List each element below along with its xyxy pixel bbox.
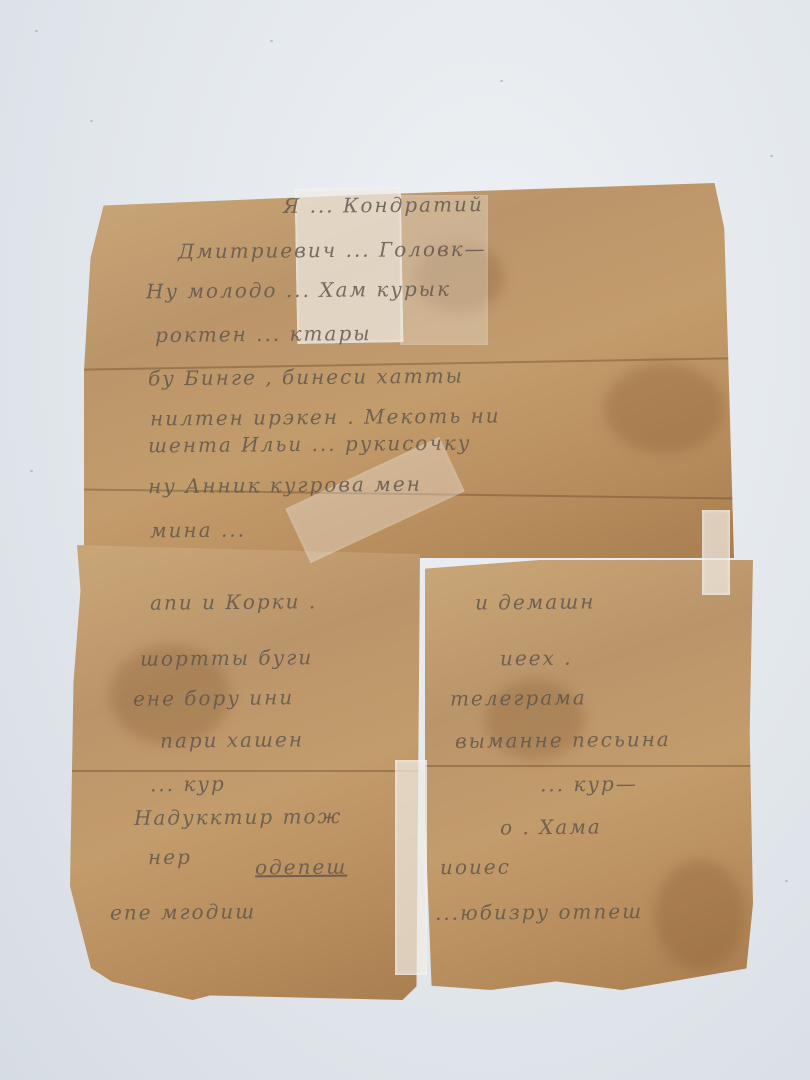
wall-speck	[785, 880, 788, 882]
handwritten-line: епе мгодиш	[110, 899, 256, 924]
handwritten-line: ...юбизру отпеш	[435, 899, 643, 925]
tape-strip	[702, 510, 730, 595]
handwritten-line: выманне песьина	[455, 727, 671, 753]
handwritten-line: ... кур	[150, 772, 226, 797]
wall-speck	[30, 470, 33, 472]
handwritten-line: мина ...	[150, 518, 246, 543]
handwritten-line: бу Бинге , бинеси хатты	[148, 364, 464, 391]
tape-strip	[400, 195, 488, 345]
handwritten-line: шортты буги	[140, 645, 313, 671]
handwritten-line: телеграма	[450, 685, 587, 710]
handwritten-line: иоиес	[440, 855, 511, 880]
handwritten-line: Ну молодо ... Хам курык	[146, 277, 451, 304]
handwritten-line: апи и Корки .	[150, 589, 317, 614]
handwritten-line: одепеш	[255, 855, 347, 880]
handwritten-line: ... кур—	[540, 772, 638, 797]
tape-strip	[395, 760, 427, 975]
handwritten-line: роктен ... ктары	[155, 321, 372, 347]
stain	[604, 363, 724, 453]
wall-speck	[270, 40, 273, 42]
fold-line	[70, 770, 420, 772]
stain	[655, 860, 745, 970]
wall-speck	[500, 80, 503, 82]
handwritten-line: ене бору ини	[133, 685, 294, 710]
handwritten-line: о . Хама	[500, 815, 602, 840]
handwritten-line: и демашн	[475, 589, 596, 614]
wall-speck	[35, 30, 38, 32]
wall-speck	[770, 155, 773, 157]
handwritten-line: ну Анник кугрова мен	[148, 472, 422, 498]
wall-speck	[90, 120, 93, 122]
handwritten-line: пари хашен	[160, 727, 304, 752]
handwritten-line: Надукктир тож	[134, 804, 342, 830]
handwritten-line: Я ... Кондратий	[283, 192, 484, 218]
handwritten-line: Дмитриевич ... Головк—	[178, 237, 487, 264]
handwritten-line: иеех .	[500, 646, 573, 671]
handwritten-line: нилтен ирэкен . Мекоть ни	[150, 403, 501, 430]
fold-line	[425, 765, 753, 767]
handwritten-line: шента Ильи ... рукисочку	[148, 431, 472, 458]
handwritten-line: нер	[148, 845, 192, 869]
